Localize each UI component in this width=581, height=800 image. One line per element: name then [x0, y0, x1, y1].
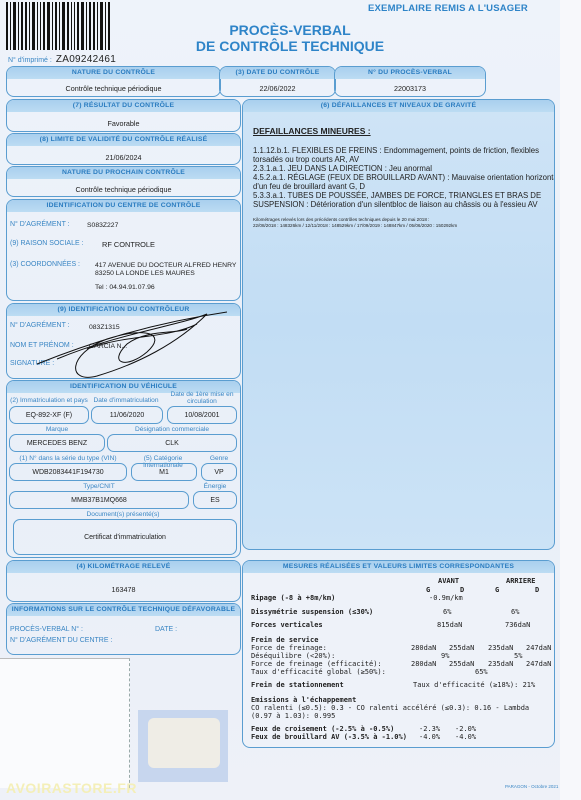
- date-immat-label: Date d'immatriculation: [91, 397, 161, 404]
- force-efficacite-avg: 280daN: [411, 660, 436, 668]
- defavorable-date-label: DATE :: [155, 626, 177, 633]
- force-freinage-ard: 247daN: [526, 644, 551, 652]
- document-title: PROCÈS-VERBAL DE CONTRÔLE TECHNIQUE: [180, 22, 400, 54]
- numero-pv-value: 22003173: [335, 84, 485, 93]
- scan-margin: [560, 0, 581, 800]
- detached-stub-area: [0, 658, 130, 788]
- nature-controle-label: NATURE DU CONTRÔLE: [7, 67, 220, 79]
- desequilibre-arriere: 5%: [514, 652, 522, 660]
- numero-pv-label: N° DU PROCÈS-VERBAL: [335, 67, 485, 79]
- watermark: AVOIRASTORE.FR: [6, 780, 137, 796]
- imprime-number: N° d'imprimé :ZA09242461: [8, 54, 116, 65]
- kilometrage-value: 163478: [7, 585, 240, 594]
- dissymetrie-avant: 6%: [443, 608, 451, 616]
- limite-validite-label: (8) LIMITE DE VALIDITÉ DU CONTRÔLE RÉALI…: [7, 134, 240, 146]
- barcode: [6, 2, 130, 50]
- limite-validite-box: (8) LIMITE DE VALIDITÉ DU CONTRÔLE RÉALI…: [6, 133, 241, 165]
- centre-box: IDENTIFICATION DU CENTRE DE CONTRÔLE N° …: [6, 199, 241, 301]
- forces-verticales-avant: 815daN: [437, 621, 462, 629]
- resultat-value: Favorable: [7, 119, 240, 128]
- raison-sociale-label: (9) RAISON SOCIALE :: [10, 240, 84, 247]
- defavorable-pv-label: PROCÈS-VERBAL N° :: [10, 626, 83, 633]
- date-controle-box: (3) DATE DU CONTRÔLE 22/06/2022: [219, 66, 336, 97]
- resultat-label: (7) RÉSULTAT DU CONTRÔLE: [7, 100, 240, 112]
- controleur-box: (9) IDENTIFICATION DU CONTRÔLEUR N° D'AG…: [6, 303, 241, 379]
- mesures-label: MESURES RÉALISÉES ET VALEURS LIMITES COR…: [243, 561, 554, 573]
- date-controle-label: (3) DATE DU CONTRÔLE: [220, 67, 335, 79]
- premiere-mise-value: 10/08/2001: [167, 406, 237, 424]
- defaillances-box: (6) DÉFAILLANCES ET NIVEAUX DE GRAVITÉ D…: [242, 99, 555, 550]
- col-avant-d: D: [460, 586, 464, 594]
- centre-agrement-label: N° D'AGRÉMENT :: [10, 221, 70, 228]
- imprime-value: ZA09242461: [56, 54, 116, 65]
- defaillances-heading: DEFAILLANCES MINEURES :: [253, 126, 554, 136]
- defavorable-box: INFORMATIONS SUR LE CONTRÔLE TECHNIQUE D…: [6, 603, 241, 655]
- dissymetrie-arriere: 6%: [511, 608, 519, 616]
- emissions-line-1: CO ralenti (≤0.5): 0.3 - CO ralenti accé…: [251, 704, 529, 712]
- marque-label: Marque: [9, 426, 105, 433]
- immat-label: (2) Immatriculation et pays: [9, 397, 89, 404]
- col-arriere-g: G: [495, 586, 499, 594]
- desequilibre-avant: 9%: [441, 652, 449, 660]
- km-history: Kilométrages relevés lors des précédents…: [253, 217, 554, 229]
- date-controle-value: 22/06/2022: [220, 84, 335, 93]
- centre-label: IDENTIFICATION DU CENTRE DE CONTRÔLE: [7, 200, 240, 212]
- defavorable-label: INFORMATIONS SUR LE CONTRÔLE TECHNIQUE D…: [7, 604, 240, 616]
- km-history-values: 22/08/2018 : 148326km / 12/11/2018 : 148…: [253, 223, 554, 229]
- frein-stationnement-label: Frein de stationnement: [251, 681, 344, 689]
- energie-value: ES: [193, 491, 237, 509]
- force-freinage-label: Force de freinage:: [251, 644, 327, 652]
- frein-stationnement-value: Taux d'efficacité (≥18%): 21%: [413, 681, 535, 689]
- col-avant-g: G: [426, 586, 430, 594]
- prochain-controle-value: Contrôle technique périodique: [7, 185, 240, 194]
- vin-label: (1) N° dans la série du type (VIN): [9, 455, 127, 462]
- coordonnees-label: (3) COORDONNÉES :: [10, 261, 80, 268]
- documents-value: Certificat d'immatriculation: [13, 519, 237, 555]
- address-line-2: 83250 LA LONDE LES MAURES: [95, 270, 195, 277]
- feux-brouillard-g: -4.0%: [419, 733, 440, 741]
- hologram-frame: [138, 710, 228, 782]
- feux-brouillard-label: Feux de brouillard AV (-3.5% à -1.0%): [251, 733, 407, 741]
- categorie-value: M1: [131, 463, 197, 481]
- raison-sociale-value: RF CONTROLE: [102, 240, 155, 249]
- centre-agrement-value: S083Z227: [87, 222, 118, 229]
- kilometrage-box: (4) KILOMÉTRAGE RELEVÉ 163478: [6, 560, 241, 602]
- genre-label: Genre: [199, 455, 239, 462]
- force-freinage-arg: 235daN: [488, 644, 513, 652]
- address-line-1: 417 AVENUE DU DOCTEUR ALFRED HENRY: [95, 262, 236, 269]
- force-efficacite-arg: 235daN: [488, 660, 513, 668]
- marque-value: MERCEDES BENZ: [9, 434, 105, 452]
- frein-service-label: Frein de service: [251, 636, 318, 644]
- footer-brand: PARAGON - Octobre 2021: [505, 784, 558, 789]
- genre-value: VP: [201, 463, 237, 481]
- designation-label: Désignation commerciale: [107, 426, 237, 433]
- mesures-box: MESURES RÉALISÉES ET VALEURS LIMITES COR…: [242, 560, 555, 748]
- numero-pv-box: N° DU PROCÈS-VERBAL 22003173: [334, 66, 486, 97]
- defaillances-list: 1.1.12.b.1. FLEXIBLES DE FREINS : Endomm…: [253, 146, 555, 209]
- type-cnit-label: Type/CNIT: [9, 483, 189, 490]
- taux-global-label: Taux d'efficacité global (≥50%):: [251, 668, 386, 676]
- centre-phone: Tel : 04.94.91.07.96: [95, 284, 155, 291]
- force-freinage-avd: 255daN: [449, 644, 474, 652]
- nature-controle-value: Contrôle technique périodique: [7, 84, 220, 93]
- taux-global-value: 65%: [475, 668, 488, 676]
- designation-value: CLK: [107, 434, 237, 452]
- forces-verticales-label: Forces verticales: [251, 621, 323, 629]
- feux-brouillard-d: -4.0%: [455, 733, 476, 741]
- force-freinage-avg: 280daN: [411, 644, 436, 652]
- desequilibre-label: Déséquilibre (<20%):: [251, 652, 335, 660]
- date-immat-value: 11/06/2020: [91, 406, 163, 424]
- col-avant: AVANT: [438, 577, 459, 585]
- kilometrage-label: (4) KILOMÉTRAGE RELEVÉ: [7, 561, 240, 573]
- ripage-value: -0.9m/km: [429, 594, 463, 602]
- resultat-box: (7) RÉSULTAT DU CONTRÔLE Favorable: [6, 99, 241, 132]
- limite-validite-value: 21/06/2024: [7, 153, 240, 162]
- force-efficacite-ard: 247daN: [526, 660, 551, 668]
- ripage-label: Ripage (-8 à +8m/km): [251, 594, 335, 602]
- vehicule-box: IDENTIFICATION DU VÉHICULE (2) Immatricu…: [6, 380, 241, 558]
- prochain-controle-label: NATURE DU PROCHAIN CONTRÔLE: [7, 167, 240, 179]
- defaillance-item: 4.5.2.a.1. RÉGLAGE (FEUX DE BROUILLARD A…: [253, 173, 555, 191]
- document-page: N° d'imprimé :ZA09242461 EXEMPLAIRE REMI…: [0, 0, 560, 800]
- dissymetrie-label: Dissymétrie suspension (≤30%): [251, 608, 373, 616]
- feux-croisement-d: -2.0%: [455, 725, 476, 733]
- type-cnit-value: MMB37B1MQ668: [9, 491, 189, 509]
- defaillance-item: 2.3.1.a.1. JEU DANS LA DIRECTION : Jeu a…: [253, 164, 555, 173]
- premiere-mise-label: Date de 1ère mise en circulation: [167, 391, 237, 405]
- copy-label: EXEMPLAIRE REMIS A L'USAGER: [368, 3, 528, 14]
- defaillances-label: (6) DÉFAILLANCES ET NIVEAUX DE GRAVITÉ: [243, 100, 554, 112]
- force-efficacite-avd: 255daN: [449, 660, 474, 668]
- energie-label: Énergie: [193, 483, 237, 490]
- signature-scribble: [27, 304, 227, 379]
- force-efficacite-label: Force de freinage (efficacité):: [251, 660, 382, 668]
- emissions-label: Emissions à l'échappement: [251, 696, 356, 704]
- forces-verticales-arriere: 736daN: [505, 621, 530, 629]
- prochain-controle-box: NATURE DU PROCHAIN CONTRÔLE Contrôle tec…: [6, 166, 241, 197]
- feux-croisement-g: -2.3%: [419, 725, 440, 733]
- imprime-label: N° d'imprimé :: [8, 57, 52, 64]
- nature-controle-box: NATURE DU CONTRÔLE Contrôle technique pé…: [6, 66, 221, 97]
- immat-value: EQ-892-XF (F): [9, 406, 89, 424]
- title-line-2: DE CONTRÔLE TECHNIQUE: [180, 38, 400, 54]
- vin-value: WDB2083441F194730: [9, 463, 127, 481]
- defaillance-item: 1.1.12.b.1. FLEXIBLES DE FREINS : Endomm…: [253, 146, 555, 164]
- title-line-1: PROCÈS-VERBAL: [180, 22, 400, 38]
- defaillance-item: 5.3.3.a.1. TUBES DE POUSSÉE, JAMBES DE F…: [253, 191, 555, 209]
- col-arriere: ARRIERE: [506, 577, 536, 585]
- hologram-window: [148, 718, 220, 768]
- defavorable-agrement-label: N° D'AGRÉMENT DU CENTRE :: [10, 637, 112, 644]
- emissions-line-2: (0.97 à 1.03): 0.995: [251, 712, 335, 720]
- documents-label: Document(s) présenté(s): [9, 511, 237, 518]
- feux-croisement-label: Feux de croisement (-2.5% à -0.5%): [251, 725, 394, 733]
- col-arriere-d: D: [535, 586, 539, 594]
